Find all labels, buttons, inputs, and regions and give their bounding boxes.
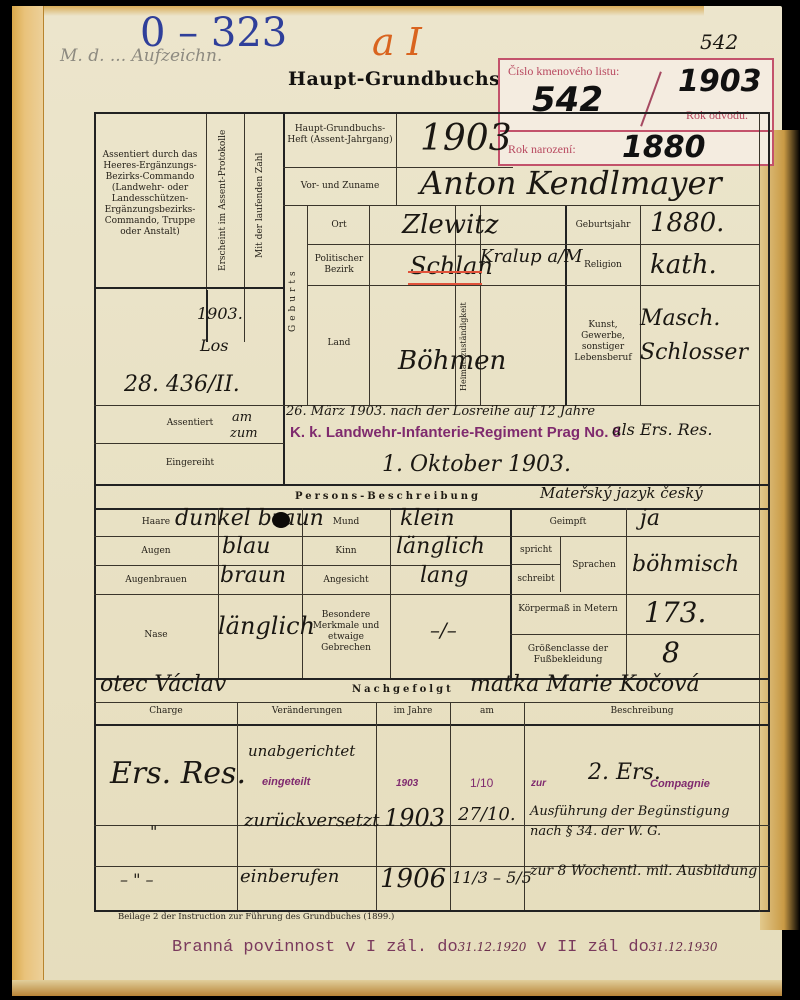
row1-date: 1/10 bbox=[470, 776, 493, 790]
entry-number: 28. 436/II. bbox=[124, 372, 240, 397]
haare-value: dunkel braun bbox=[175, 506, 324, 531]
mund-value: klein bbox=[400, 506, 455, 531]
divider bbox=[376, 702, 377, 910]
divider bbox=[94, 724, 770, 726]
divider bbox=[94, 443, 284, 444]
divider bbox=[510, 594, 760, 595]
divider bbox=[759, 112, 760, 912]
label-schreibt: schreibt bbox=[512, 574, 560, 585]
col-im-jahre: im Jahre bbox=[377, 706, 449, 717]
land-value: Böhmen bbox=[398, 346, 506, 376]
divider bbox=[450, 702, 451, 910]
ort-value: Zlewitz bbox=[402, 210, 498, 240]
divider bbox=[218, 508, 219, 678]
beruf-value: Masch. Schlosser bbox=[640, 302, 770, 370]
assentiert-suffix: als Ers. Res. bbox=[612, 420, 712, 439]
row1-change-stamp: eingeteilt bbox=[262, 776, 310, 788]
row1-year: 1903 bbox=[396, 778, 418, 789]
koerpermass-value: 173. bbox=[644, 596, 706, 629]
label-kinn: Kinn bbox=[304, 546, 388, 557]
divider bbox=[307, 205, 308, 405]
military-obligation-stamp: Branná povinnost v I zál. do31.12.1920 v… bbox=[172, 938, 718, 957]
top-right-pencil-number: 542 bbox=[700, 30, 738, 54]
fussbekleidung-value: 8 bbox=[662, 636, 680, 669]
label-heft: Haupt-Grundbuchs-Heft (Assent-Jahrgang) bbox=[286, 124, 394, 146]
divider bbox=[244, 114, 245, 342]
label-koerpermass: Körpermaß in Metern bbox=[512, 604, 624, 615]
strike-through bbox=[408, 271, 482, 273]
row1-desc-prefix: zur bbox=[531, 778, 546, 789]
label-geburts: Geburts bbox=[288, 230, 299, 370]
obligation-date1: 31.12.1920 bbox=[458, 940, 527, 954]
label-assent-protokoll: Erscheint im Assent-Protokolle bbox=[218, 120, 229, 280]
col-charge: Charge bbox=[96, 706, 236, 717]
label-laufende-zahl: Mit der laufenden Zahl bbox=[255, 130, 266, 280]
entry-year: 1903. bbox=[197, 304, 243, 323]
divider bbox=[369, 205, 370, 405]
kinn-value: länglich bbox=[396, 534, 485, 559]
strike-through bbox=[408, 283, 482, 285]
regiment-stamp: K. k. Landwehr-Infanterie-Regiment Prag … bbox=[290, 424, 621, 441]
divider bbox=[510, 634, 760, 635]
hw-am: am bbox=[232, 410, 252, 425]
stamp-draft-year: 1903 bbox=[678, 64, 762, 99]
label-geburtsjahr: Geburtsjahr bbox=[568, 220, 638, 231]
label-bezirk: Politischer Bezirk bbox=[310, 254, 368, 276]
nase-value: länglich bbox=[218, 612, 315, 640]
instruction-note: Beilage 2 der Instruction zur Führung de… bbox=[118, 912, 394, 922]
label-merkmale: Besondere Merkmale und etwaige Gebrechen bbox=[304, 610, 388, 654]
blue-file-number: 0 – 323 bbox=[140, 10, 287, 56]
section-persons-beschreibung: Persons-Beschreibung bbox=[295, 491, 481, 502]
entry-los: Los bbox=[200, 336, 228, 355]
augen-value: blau bbox=[222, 534, 270, 559]
label-beruf: Kunst, Gewerbe, sonstiger Lebensberuf bbox=[568, 320, 638, 364]
col-veraenderungen: Veränderungen bbox=[238, 706, 376, 717]
col-beschreibung: Beschreibung bbox=[525, 706, 759, 717]
divider bbox=[510, 536, 760, 537]
label-nase: Nase bbox=[96, 630, 216, 641]
row2-charge: " bbox=[150, 822, 157, 841]
merkmale-value: –/– bbox=[430, 618, 457, 642]
geimpft-value: ja bbox=[640, 506, 660, 531]
label-assentiert-durch: Assentiert durch das Heeres-Ergänzungs-B… bbox=[98, 150, 202, 238]
label-name: Vor- und Zuname bbox=[286, 181, 394, 192]
hw-zum: zum bbox=[230, 426, 258, 441]
label-sprachen: Sprachen bbox=[562, 560, 626, 571]
row2-date: 27/10. bbox=[458, 804, 516, 825]
augenbrauen-value: braun bbox=[220, 563, 286, 588]
divider bbox=[302, 508, 303, 678]
divider bbox=[307, 244, 759, 245]
label-augenbrauen: Augenbrauen bbox=[96, 575, 216, 586]
divider bbox=[626, 508, 627, 678]
label-ort: Ort bbox=[310, 220, 368, 231]
ink-blot bbox=[272, 512, 290, 528]
row1-desc-suffix: Compagnie bbox=[650, 778, 710, 790]
row3-change-handwritten: einberufen bbox=[240, 866, 339, 887]
geburtsjahr-value: 1880. bbox=[650, 208, 724, 238]
row1-change-handwritten: unabgerichtet bbox=[248, 742, 355, 760]
father-name: otec Václav bbox=[100, 672, 226, 697]
row2-year: 1903 bbox=[384, 804, 445, 832]
divider bbox=[510, 564, 560, 565]
label-land: Land bbox=[310, 338, 368, 349]
assentiert-handwritten: 26. März 1903. nach der Losreihe auf 12 … bbox=[286, 404, 595, 419]
mother-tongue-note: Mateřský jazyk český bbox=[540, 484, 703, 502]
row3-date: 11/3 – 5/5 bbox=[452, 868, 532, 887]
obligation-date2: 31.12.1930 bbox=[649, 940, 718, 954]
row3-year: 1906 bbox=[380, 864, 446, 894]
label-religion: Religion bbox=[568, 260, 638, 271]
row3-charge: – " – bbox=[120, 870, 154, 889]
label-fussbekleidung: Größenclasse der Fußbekleidung bbox=[512, 644, 624, 666]
sprachen-value: böhmisch bbox=[632, 552, 739, 577]
col-am: am bbox=[451, 706, 523, 717]
page-bottom-edge bbox=[12, 980, 782, 996]
orange-marks: a I bbox=[372, 20, 422, 64]
divider bbox=[560, 536, 561, 592]
divider bbox=[94, 287, 284, 289]
divider bbox=[237, 702, 238, 910]
divider bbox=[94, 594, 510, 595]
name-value: Anton Kendlmayer bbox=[420, 164, 722, 202]
row3-desc-handwritten: zur 8 Wochentl. mil. Ausbildung bbox=[530, 862, 760, 880]
row2-change-handwritten: zurückversetzt bbox=[244, 810, 380, 831]
heft-value: 1903 bbox=[420, 118, 512, 159]
divider bbox=[307, 285, 759, 286]
label-angesicht: Angesicht bbox=[304, 575, 388, 586]
section-nachgefolgt: Nachgefolgt bbox=[352, 684, 454, 695]
divider bbox=[283, 205, 759, 206]
obligation-mid: v II zál do bbox=[537, 938, 649, 957]
divider bbox=[94, 702, 770, 703]
angesicht-value: lang bbox=[420, 563, 468, 588]
mother-name: matka Marie Kočová bbox=[470, 672, 700, 697]
row2-desc-handwritten: Ausführung der Begünstigung nach § 34. d… bbox=[530, 802, 760, 842]
eingereiht-date: 1. Oktober 1903. bbox=[382, 452, 571, 477]
divider bbox=[565, 205, 567, 405]
label-heimat: Heimatszuständigkeit bbox=[458, 292, 469, 402]
label-assentiert: Assentiert bbox=[150, 418, 230, 429]
row1-charge: Ers. Res. bbox=[110, 756, 246, 791]
label-augen: Augen bbox=[96, 546, 216, 557]
obligation-text: Branná povinnost v I zál. do bbox=[172, 938, 458, 957]
divider bbox=[390, 508, 391, 678]
label-mund: Mund bbox=[304, 517, 388, 528]
divider bbox=[396, 114, 397, 206]
page-spine bbox=[12, 6, 44, 996]
label-eingereiht: Eingereiht bbox=[150, 458, 230, 469]
religion-value: kath. bbox=[650, 250, 717, 280]
label-geimpft: Geimpft bbox=[512, 517, 624, 528]
label-spricht: spricht bbox=[512, 545, 560, 556]
stamp-label-list-number: Číslo kmenového listu: bbox=[508, 64, 619, 79]
